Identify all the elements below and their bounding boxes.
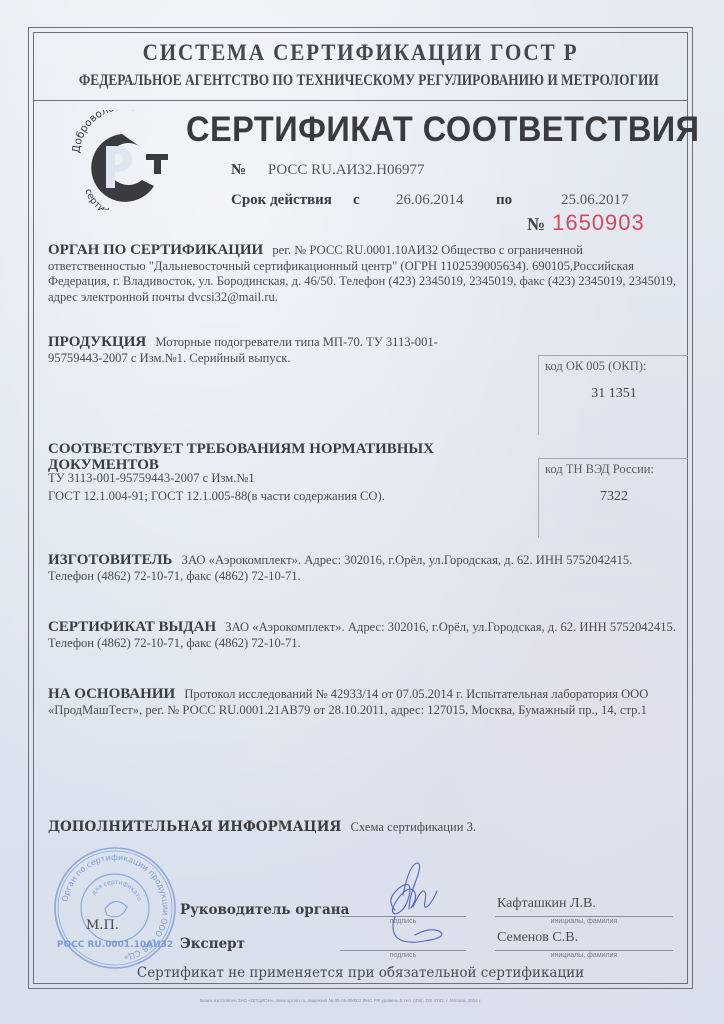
head-of-body-label: Руководитель органа [180, 902, 349, 918]
registration-number: № РОСС RU.АИ32.Н06977 [231, 162, 424, 179]
product-section: ПРОДУКЦИЯ Моторные подогреватели типа МП… [48, 335, 438, 366]
expert-label: Эксперт [180, 936, 245, 952]
manufacturer-heading: ИЗГОТОВИТЕЛЬ [48, 552, 172, 568]
conformity-heading: СООТВЕТСТВУЕТ ТРЕБОВАНИЯМ НОРМАТИВНЫХ ДО… [48, 442, 522, 473]
certificate-title: СЕРТИФИКАТ СООТВЕТСТВИЯ [186, 110, 700, 150]
printer-info: Бланк изготовлен ЗАО «ОПЦИОН», www.opcio… [200, 998, 650, 1003]
validity-period: Срок действия с 26.06.2014 по 25.06.2017 [231, 192, 691, 212]
seal-stamp-icon: Орган по сертификации продукции ООО «ДВ … [50, 843, 180, 973]
rst-logo-icon: Добровольная сертификация [62, 110, 182, 210]
issued-to-section: СЕРТИФИКАТ ВЫДАН ЗАО «Аэрокомплект». Адр… [48, 620, 678, 651]
expert-name: Семенов С.В. [497, 930, 578, 946]
validity-label: Срок действия [231, 192, 332, 209]
validity-from-date: 26.06.2014 [396, 192, 464, 209]
head-name-caption: инициалы, фамилия [495, 918, 673, 925]
additional-info-section: ДОПОЛНИТЕЛЬНАЯ ИНФОРМАЦИЯ Схема сертифик… [48, 820, 678, 836]
additional-info-text: Схема сертификации 3. [351, 820, 477, 834]
tnved-code-box: код ТН ВЭД России: 7322 [538, 458, 688, 538]
okp-code-box: код ОК 005 (ОКП): 31 1351 [538, 355, 688, 435]
blank-number-sign: № [527, 214, 545, 234]
validity-to-label: по [496, 192, 512, 209]
registration-number-value: РОСС RU.АИ32.Н06977 [268, 162, 425, 178]
conformity-line: ГОСТ 12.1.004-91; ГОСТ 12.1.005-88(в час… [48, 489, 528, 505]
agency-name: ФЕДЕРАЛЬНОЕ АГЕНТСТВО ПО ТЕХНИЧЕСКОМУ РЕ… [79, 72, 642, 90]
system-title: СИСТЕМА СЕРТИФИКАЦИИ ГОСТ Р [59, 40, 662, 66]
manufacturer-section: ИЗГОТОВИТЕЛЬ ЗАО «Аэрокомплект». Адрес: … [48, 553, 678, 584]
product-heading: ПРОДУКЦИЯ [48, 334, 146, 350]
tnved-code-value: 7322 [539, 489, 689, 505]
stamp-place-label: М.П. [86, 918, 119, 933]
number-sign: № [231, 162, 246, 178]
certification-body-heading: ОРГАН ПО СЕРТИФИКАЦИИ [48, 242, 263, 258]
header-divider [33, 100, 688, 101]
expert-name-line [495, 950, 673, 951]
handwritten-signature-icon [365, 855, 455, 955]
basis-heading: НА ОСНОВАНИИ [48, 686, 175, 702]
stamp-bottom-text: РОСС RU.0001.10АИ32 [57, 940, 173, 950]
conformity-line: ТУ 3113-001-95759443-2007 с Изм.№1 [48, 471, 528, 487]
tnved-code-label: код ТН ВЭД России: [545, 462, 654, 477]
conformity-section: СООТВЕТСТВУЕТ ТРЕБОВАНИЯМ НОРМАТИВНЫХ ДО… [48, 442, 528, 504]
okp-code-value: 31 1351 [539, 386, 689, 402]
blank-serial-number: № 1650903 [527, 210, 645, 236]
not-mandatory-notice: Сертификат не применяется при обязательн… [33, 965, 688, 981]
additional-info-heading: ДОПОЛНИТЕЛЬНАЯ ИНФОРМАЦИЯ [48, 819, 341, 835]
validity-to-date: 25.06.2017 [561, 192, 629, 209]
okp-code-label: код ОК 005 (ОКП): [545, 359, 646, 374]
validity-from-label: с [353, 192, 360, 209]
basis-section: НА ОСНОВАНИИ Протокол исследований № 429… [48, 687, 678, 718]
issued-to-heading: СЕРТИФИКАТ ВЫДАН [48, 619, 216, 635]
head-name-line [495, 916, 673, 917]
blank-number-value: 1650903 [552, 210, 645, 235]
head-name: Кафташкин Л.В. [497, 896, 596, 912]
certification-body-section: ОРГАН ПО СЕРТИФИКАЦИИ рег. № РОСС RU.000… [48, 243, 678, 305]
expert-name-caption: инициалы, фамилия [495, 952, 673, 959]
